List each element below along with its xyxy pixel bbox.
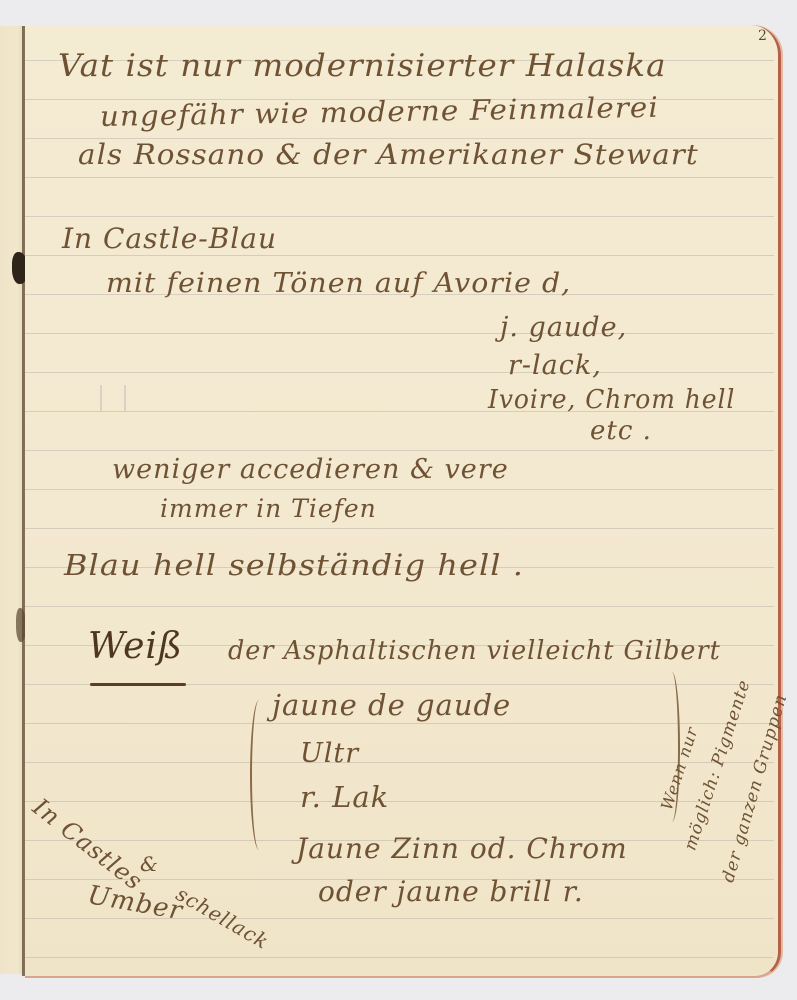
handwritten-line: der Asphaltischen vielleicht Gilbert [228,636,721,666]
handwritten-line: etc . [590,416,652,446]
facing-page-edge [0,26,24,974]
faint-pencil-mark [100,385,126,411]
handwritten-line: Jaune Zinn od. Chrom [296,832,628,865]
handwritten-line: als Rossano & der Amerikaner Stewart [78,138,699,171]
handwritten-line: & [140,852,159,876]
handwritten-line: jaune de gaude [272,688,511,722]
handwritten-line: Vat ist nur modernisierter Halaska [58,48,667,84]
handwritten-line: Blau hell selbständig hell . [64,548,524,582]
curly-brace-left [250,700,268,850]
handwritten-line: weniger accedieren & vere [112,454,509,485]
heading-underline [90,683,186,686]
handwritten-line: mit feinen Tönen auf Avorie d, [106,268,571,299]
handwritten-line: Ivoire, Chrom hell [488,385,735,415]
handwritten-line: immer in Tiefen [160,494,377,523]
handwritten-line: j. gaude, [500,312,627,343]
handwritten-line: In Castle-Blau [62,222,277,255]
handwritten-line: r. Lak [300,780,389,814]
handwritten-line: r-lack, [508,350,602,381]
handwritten-line: Ultr [300,738,359,769]
page-number: 2 [758,28,767,44]
handwritten-heading-weiss: Weiß [88,626,183,667]
handwritten-line: oder jaune brill r. [318,875,584,908]
